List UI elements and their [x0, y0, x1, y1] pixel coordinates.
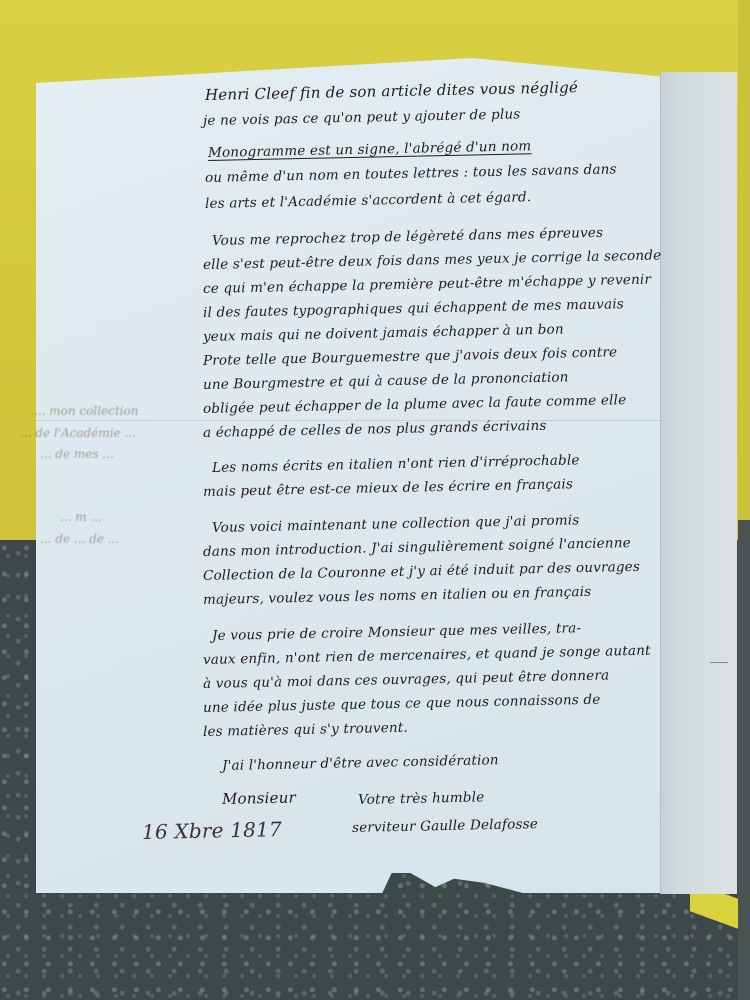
- bleed-through-line: ... de ... de ...: [40, 532, 119, 546]
- right-edge-strip: [738, 0, 750, 1000]
- folded-flap: [660, 72, 737, 894]
- salutation: Monsieur: [222, 788, 296, 808]
- letter-date: 16 Xbre 1817: [142, 817, 282, 844]
- date-year: 1817: [230, 817, 282, 842]
- date-month: Xbre: [174, 818, 224, 843]
- fold-crease: [36, 420, 660, 421]
- bleed-through-line: ... m ...: [60, 510, 102, 524]
- bleed-through-line: ... de l'Académie ...: [20, 426, 136, 440]
- bleed-through-line: ... de mes ...: [40, 447, 114, 461]
- flap-ink-mark: [710, 662, 728, 663]
- signature-line: Votre très humble: [358, 789, 485, 808]
- bleed-through-line: ... mon collection: [34, 404, 138, 418]
- date-day: 16: [142, 819, 168, 844]
